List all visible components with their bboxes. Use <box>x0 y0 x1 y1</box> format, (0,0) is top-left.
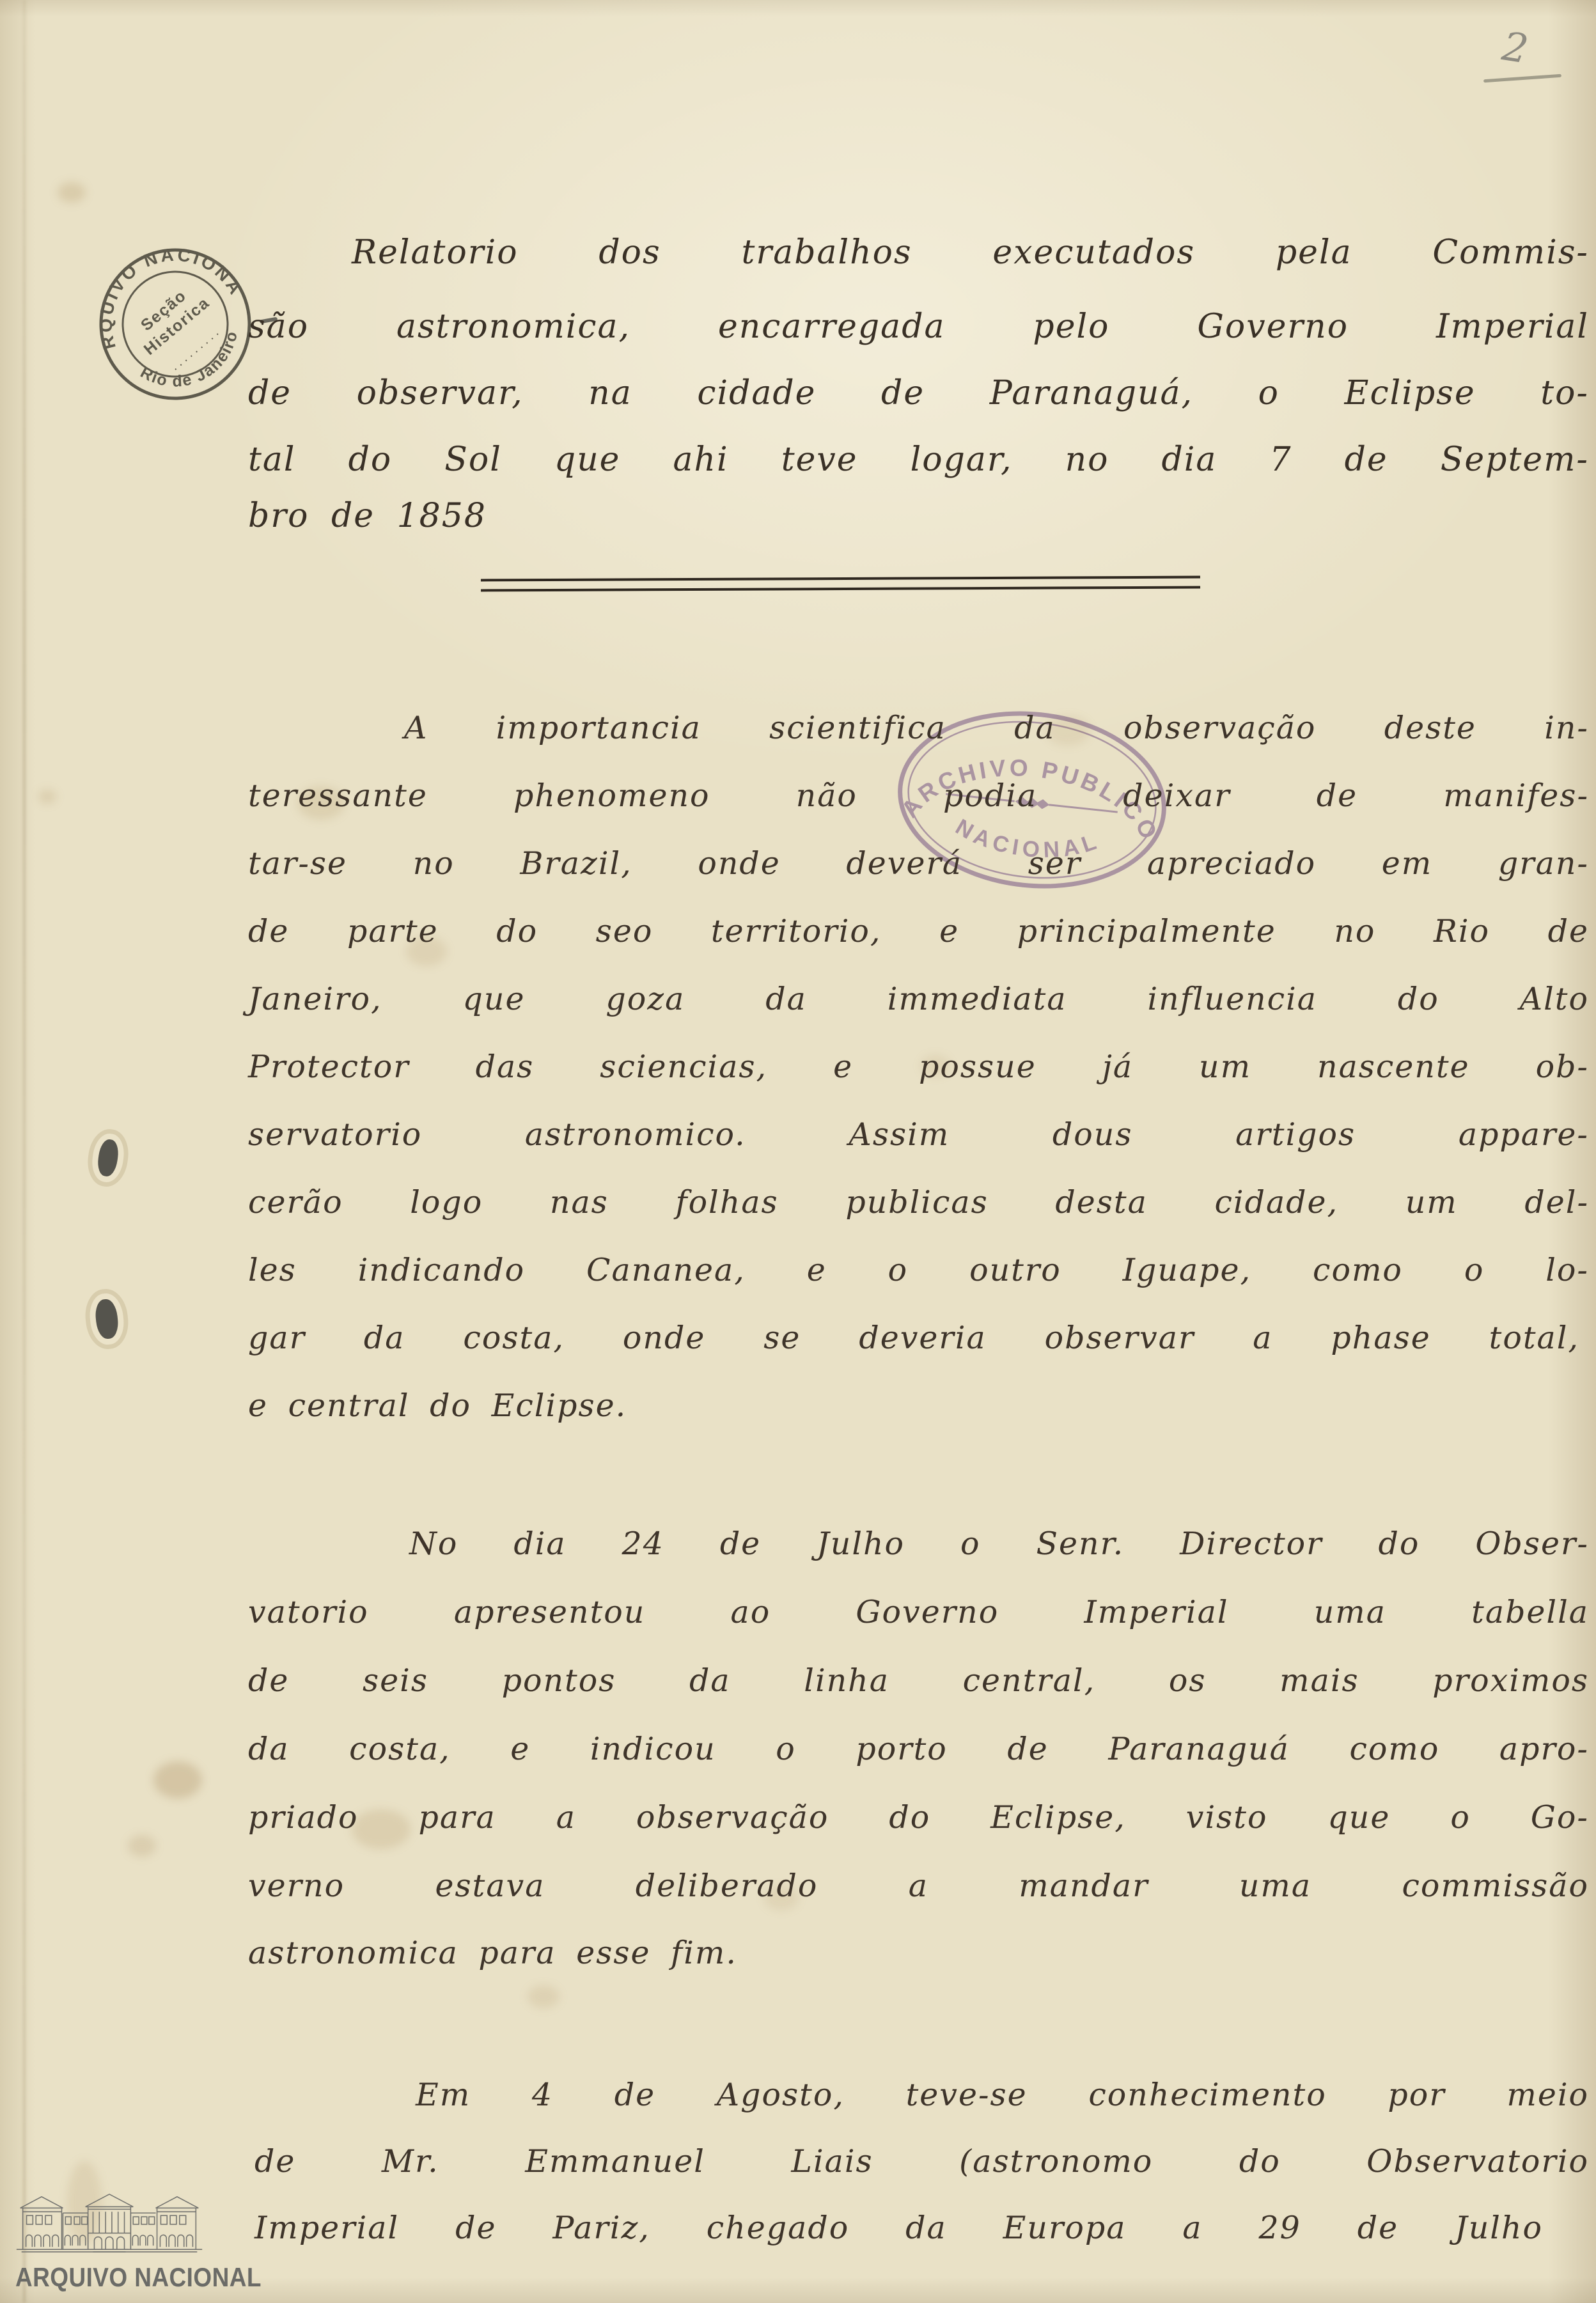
manuscript-line: les indicando Cananea, e o outro Iguape,… <box>248 1249 1589 1292</box>
paper-stain <box>528 1985 559 2008</box>
manuscript-line: teressante phenomeno não podia deixar de… <box>248 774 1589 818</box>
manuscript-line: astronomica para esse fim. <box>248 1932 737 1975</box>
manuscript-line: de parte do seo territorio, e principalm… <box>248 910 1589 953</box>
manuscript-line: tar-se no Brazil, onde deverá ser apreci… <box>248 842 1589 886</box>
title-line: bro de 1858 <box>248 492 487 540</box>
title-line: tal do Sol que ahi teve logar, no dia 7 … <box>248 436 1589 483</box>
page-number-underline <box>1483 74 1561 82</box>
manuscript-line: servatorio astronomico. Assim dous artig… <box>248 1113 1589 1157</box>
punch-hole <box>94 1298 120 1339</box>
watermark-building-icon <box>14 2189 205 2257</box>
manuscript-line: No dia 24 de Julho o Senr. Director do O… <box>409 1522 1589 1566</box>
manuscript-line: Janeiro, que goza da immediata influenci… <box>248 978 1589 1021</box>
manuscript-line: vatorio apresentou ao Governo Imperial u… <box>248 1591 1589 1634</box>
manuscript-line: verno estava deliberado a mandar uma com… <box>248 1864 1589 1908</box>
page-number: 2 <box>1499 22 1531 72</box>
title-line: de observar, na cidade de Paranaguá, o E… <box>248 370 1589 417</box>
manuscript-line: de seis pontos da linha central, os mais… <box>248 1659 1589 1703</box>
manuscript-line: e central do Eclipse. <box>248 1384 627 1428</box>
manuscript-line: de Mr. Emmanuel Liais (astronomo do Obse… <box>254 2140 1589 2183</box>
manuscript-line: Protector das sciencias, e possue já um … <box>248 1045 1589 1089</box>
paper-crease <box>23 0 26 2303</box>
watermark-label: ARQUIVO NACIONAL <box>15 2262 262 2293</box>
paper-stain <box>38 790 56 804</box>
paper-stain <box>128 1835 156 1857</box>
paper-stain <box>58 182 86 203</box>
manuscript-line: Em 4 de Agosto, teve-se conhecimento por… <box>416 2073 1589 2117</box>
manuscript-line: Imperial de Pariz, chegado da Europa a 2… <box>254 2206 1543 2250</box>
punch-hole <box>96 1138 120 1178</box>
title-line: Relatorio dos trabalhos executados pela … <box>352 229 1589 276</box>
manuscript-line: cerão logo nas folhas publicas desta cid… <box>248 1181 1589 1224</box>
title-line: são astronomica, encarregada pelo Govern… <box>248 303 1589 350</box>
title-divider-rule <box>481 576 1200 592</box>
manuscript-line: priado para a observação do Eclipse, vis… <box>248 1796 1589 1839</box>
paper-stain <box>153 1761 202 1799</box>
manuscript-line: A importancia scientifica da observação … <box>404 707 1589 750</box>
manuscript-line: gar da costa, onde se deveria observar a… <box>248 1316 1579 1360</box>
manuscript-line: da costa, e indicou o porto de Paranaguá… <box>248 1728 1589 1771</box>
manuscript-page: 2 ARQUIVO NACIONAL - Rio de Janeiro - Se… <box>0 0 1596 2303</box>
